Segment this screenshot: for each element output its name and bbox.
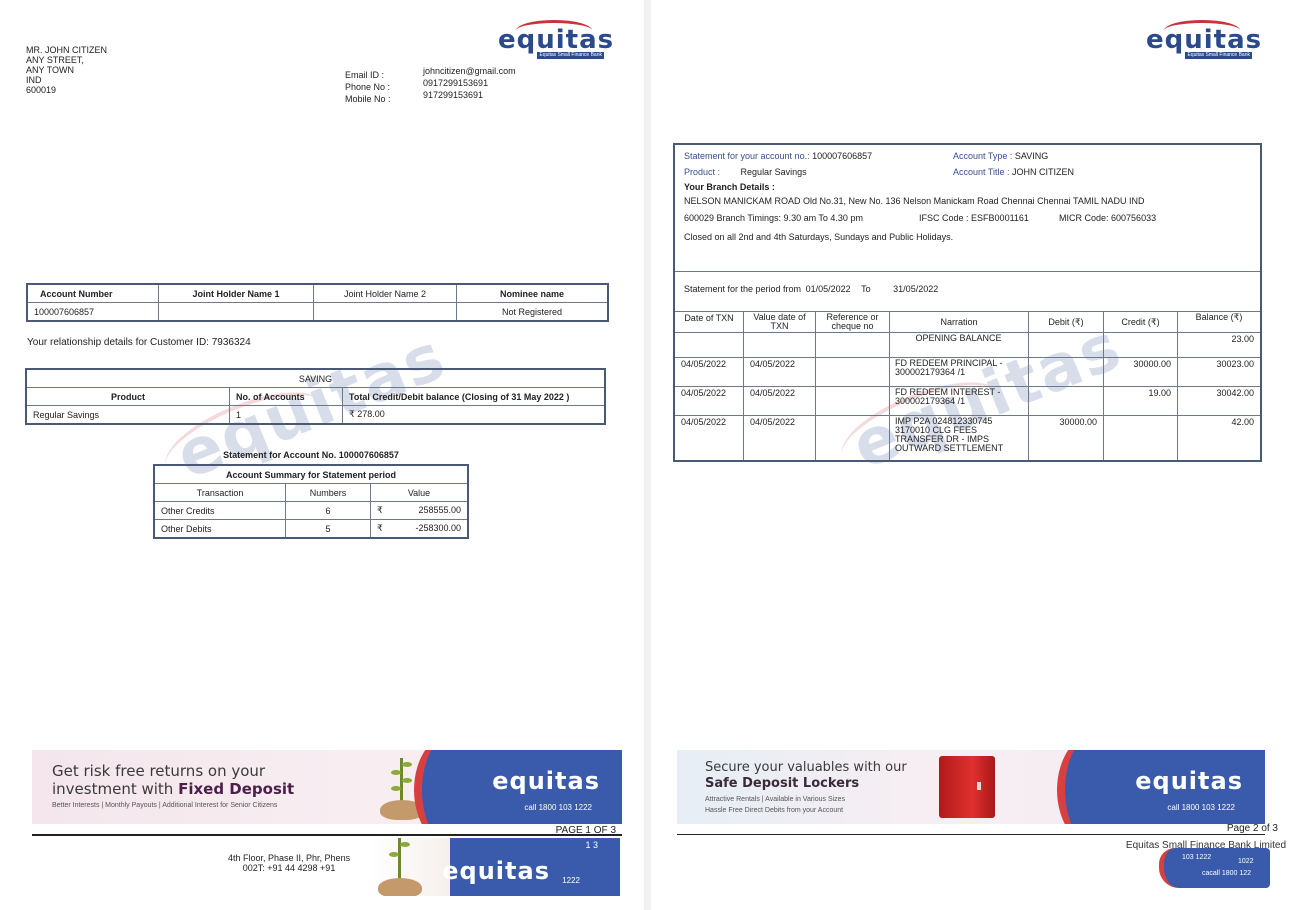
header-total-balance: Total Credit/Debit balance (Closing of 3… (343, 388, 606, 406)
product-value: Regular Savings (741, 167, 807, 177)
banner-logo: equitas (1135, 768, 1243, 794)
txn-credit: 19.00 (1104, 387, 1178, 416)
header-numbers: Numbers (286, 484, 371, 502)
header-credit: Credit (₹) (1104, 312, 1178, 333)
table-row: 100007606857 Not Registered (27, 303, 608, 322)
saving-table: SAVING Product No. of Accounts Total Cre… (25, 368, 606, 425)
txn-date: 04/05/2022 (674, 416, 744, 462)
branch-address: NELSON MANICKAM ROAD Old No.31, New No. … (684, 196, 1145, 206)
account-no-label: Statement for your account no.: (684, 151, 810, 161)
accounts-count-value: 1 (230, 406, 343, 425)
table-row: Regular Savings 1 ₹ 278.00 (26, 406, 605, 425)
table-row: 04/05/202204/05/2022FD REDEEM PRINCIPAL … (674, 358, 1261, 387)
table-row: 04/05/202204/05/2022IMP P2A 024812330745… (674, 416, 1261, 462)
txn-reference (816, 416, 890, 462)
address-pincode: 600019 (26, 85, 107, 95)
footer-divider (677, 834, 1265, 835)
transaction-value: 258555.00 (418, 505, 461, 515)
txn-narration: OPENING BALANCE (890, 333, 1029, 358)
rupee-icon: ₹ (377, 505, 383, 515)
header-joint-holder-1: Joint Holder Name 1 (159, 284, 314, 303)
txn-value-date: 04/05/2022 (744, 416, 816, 462)
txn-debit (1029, 358, 1104, 387)
balance-cell: ₹ 278.00 (343, 406, 606, 425)
equitas-logo: equitas Equitas Small Finance Bank (498, 20, 608, 62)
statement-account-title: Statement for Account No. 100007606857 (153, 450, 469, 460)
footer-banner-fragment: equitas 1222 1 3 (370, 838, 620, 896)
phone-value: 0917299153691 (423, 78, 488, 88)
address-line-1: ANY STREET, (26, 55, 107, 65)
txn-value-date (744, 333, 816, 358)
header-product: Product (26, 388, 230, 406)
account-title-label: Account Title : (953, 167, 1010, 177)
account-table: Account Number Joint Holder Name 1 Joint… (26, 283, 609, 322)
account-no-value: 100007606857 (812, 151, 872, 161)
locker-icon (939, 756, 995, 818)
account-number-value: 100007606857 (27, 303, 159, 322)
footer-banner-fragment: 103 1222 1022 cacall 1800 122 (1159, 848, 1270, 888)
footer-address: 4th Floor, Phase II, Phr, Phens 002T: +9… (228, 853, 350, 873)
mobile-label: Mobile No : (345, 94, 391, 104)
plant-coins-icon (370, 838, 430, 896)
logo-text: equitas (1146, 26, 1256, 54)
logo-text: equitas (498, 26, 608, 54)
txn-credit: 30000.00 (1104, 358, 1178, 387)
table-row: OPENING BALANCE23.00 (674, 333, 1261, 358)
account-info-box: Statement for your account no.: 10000760… (673, 143, 1262, 272)
period-from: 01/05/2022 (806, 284, 851, 294)
product-label: Product : (684, 167, 720, 177)
transaction-value-cell: ₹258555.00 (371, 502, 469, 520)
header-narration: Narration (890, 312, 1029, 333)
header-reference: Reference or cheque no (816, 312, 890, 333)
txn-narration: FD REDEEM INTEREST - 300002179364 /1 (890, 387, 1029, 416)
transaction-type: Other Credits (154, 502, 286, 520)
holiday-note: Closed on all 2nd and 4th Saturdays, Sun… (684, 232, 953, 242)
rupee-icon: ₹ (377, 523, 383, 533)
email-value: johncitizen@gmail.com (423, 66, 516, 76)
equitas-logo: equitas Equitas Small Finance Bank (1146, 20, 1256, 62)
balance-value: 278.00 (357, 409, 385, 419)
logo-subtitle: Equitas Small Finance Bank (1185, 52, 1252, 59)
txn-date (674, 333, 744, 358)
transactions-table-header: Date of TXN Value date of TXN Reference … (674, 312, 1261, 333)
transaction-value: -258300.00 (415, 523, 461, 533)
transaction-type: Other Debits (154, 520, 286, 539)
period-label: Statement for the period from (684, 284, 801, 294)
banner-call-number: call 1800 103 1222 (524, 803, 592, 812)
header-account-number: Account Number (27, 284, 159, 303)
mobile-value: 917299153691 (423, 90, 483, 100)
account-type-label: Account Type : (953, 151, 1012, 161)
header-debit: Debit (₹) (1029, 312, 1104, 333)
txn-value-date: 04/05/2022 (744, 358, 816, 387)
product-value: Regular Savings (26, 406, 230, 425)
table-row: 04/05/202204/05/2022FD REDEEM INTEREST -… (674, 387, 1261, 416)
header-date: Date of TXN (674, 312, 744, 333)
txn-debit: 30000.00 (1029, 416, 1104, 462)
txn-debit (1029, 387, 1104, 416)
header-no-of-accounts: No. of Accounts (230, 388, 343, 406)
statement-page-2: equitas Equitas Small Finance Bank State… (651, 0, 1296, 910)
logo-subtitle: Equitas Small Finance Bank (537, 52, 604, 59)
relationship-details-text: Your relationship details for Customer I… (27, 337, 251, 348)
txn-value-date: 04/05/2022 (744, 387, 816, 416)
branch-heading: Your Branch Details : (684, 182, 775, 192)
banner-logo: equitas (492, 768, 600, 794)
txn-narration: FD REDEEM PRINCIPAL - 300002179364 /1 (890, 358, 1029, 387)
header-balance: Balance (₹) (1178, 312, 1262, 333)
header-joint-holder-2: Joint Holder Name 2 (314, 284, 457, 303)
transactions-table: Date of TXN Value date of TXN Reference … (673, 311, 1262, 462)
fixed-deposit-banner[interactable]: Get risk free returns on your investment… (32, 750, 622, 824)
account-type-value: SAVING (1015, 151, 1048, 161)
transaction-count: 6 (286, 502, 371, 520)
table-row: Other Debits 5 ₹-258300.00 (154, 520, 468, 539)
account-table-header: Account Number Joint Holder Name 1 Joint… (27, 284, 608, 303)
micr-label: MICR Code: (1059, 213, 1109, 223)
txn-balance: 30023.00 (1178, 358, 1262, 387)
txn-reference (816, 333, 890, 358)
branch-timings: 600029 Branch Timings: 9.30 am To 4.30 p… (684, 213, 863, 223)
banner-subtext-2: Hassle Free Direct Debits from your Acco… (705, 807, 843, 814)
txn-date: 04/05/2022 (674, 387, 744, 416)
account-summary-table: Account Summary for Statement period Tra… (153, 464, 469, 539)
address-country: IND (26, 75, 107, 85)
transaction-value-cell: ₹-258300.00 (371, 520, 469, 539)
joint-holder-2-value (314, 303, 457, 322)
txn-reference (816, 387, 890, 416)
period-to: 31/05/2022 (893, 284, 938, 294)
safe-deposit-locker-banner[interactable]: Secure your valuables with our Safe Depo… (677, 750, 1265, 824)
ifsc-label: IFSC Code : (919, 213, 969, 223)
banner-subtext: Better Interests | Monthly Payouts | Add… (52, 802, 277, 809)
rupee-icon: ₹ (349, 409, 355, 419)
txn-date: 04/05/2022 (674, 358, 744, 387)
header-value-date: Value date of TXN (744, 312, 816, 333)
summary-table-header: Transaction Numbers Value (154, 484, 468, 502)
txn-balance: 30042.00 (1178, 387, 1262, 416)
footer-divider (32, 834, 622, 836)
txn-narration: IMP P2A 024812330745 3170010 CLG FEES TR… (890, 416, 1029, 462)
customer-address: MR. JOHN CITIZEN ANY STREET, ANY TOWN IN… (26, 45, 107, 95)
page-number: Page 2 of 3 (1227, 823, 1278, 834)
table-row: Other Credits 6 ₹258555.00 (154, 502, 468, 520)
header-nominee: Nominee name (457, 284, 609, 303)
saving-title: SAVING (26, 369, 605, 388)
summary-table-title: Account Summary for Statement period (154, 465, 468, 484)
banner-subtext-1: Attractive Rentals | Available in Variou… (705, 796, 845, 803)
ifsc-value: ESFB0001161 (971, 213, 1029, 223)
period-to-label: To (861, 284, 871, 294)
txn-credit (1104, 333, 1178, 358)
address-line-2: ANY TOWN (26, 65, 107, 75)
banner-call-number: call 1800 103 1222 (1167, 803, 1235, 812)
txn-balance: 42.00 (1178, 416, 1262, 462)
banner-headline: Get risk free returns on your investment… (52, 762, 294, 798)
txn-credit (1104, 416, 1178, 462)
nominee-value: Not Registered (457, 303, 609, 322)
banner-headline: Secure your valuables with our Safe Depo… (705, 760, 907, 792)
txn-balance: 23.00 (1178, 333, 1262, 358)
saving-table-header: Product No. of Accounts Total Credit/Deb… (26, 388, 605, 406)
joint-holder-1-value (159, 303, 314, 322)
account-title-value: JOHN CITIZEN (1012, 167, 1074, 177)
statement-page-1: equitas Equitas Small Finance Bank MR. J… (0, 0, 644, 910)
txn-reference (816, 358, 890, 387)
header-transaction: Transaction (154, 484, 286, 502)
header-value: Value (371, 484, 469, 502)
contact-details: Email ID : johncitizen@gmail.com Phone N… (345, 66, 644, 102)
micr-value: 600756033 (1111, 213, 1156, 223)
txn-debit (1029, 333, 1104, 358)
customer-name: MR. JOHN CITIZEN (26, 45, 107, 55)
transaction-count: 5 (286, 520, 371, 539)
statement-period: Statement for the period from 01/05/2022… (673, 270, 1262, 312)
